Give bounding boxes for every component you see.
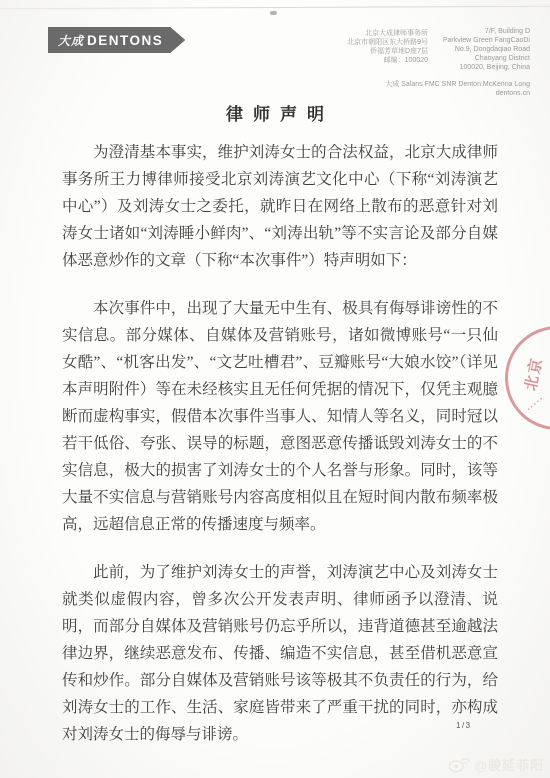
seal-text: 北京 — [519, 355, 547, 393]
document-page: 大成 DENTONS 北京大成律师事务所 北京市朝阳区东大桥路9号 侨福芳草地D… — [0, 0, 550, 778]
address-block-english: 7/F, Building D Parkview Green FangCaoDi… — [443, 27, 530, 72]
website-line: dentons.cn — [385, 89, 530, 98]
address-line: 北京大成律师事务所 — [347, 29, 428, 38]
weibo-watermark: @骏延菲阳 — [447, 754, 544, 774]
address-line: No.9, Dongdaqiao Road — [443, 45, 530, 54]
logo-cn-text: 大成 — [58, 32, 84, 49]
seal-dots: ••••• — [526, 395, 546, 413]
dentons-logo: 大成 DENTONS — [48, 27, 185, 53]
firm-affiliation: 大成 Salans FMC SNR Denton McKenna Long de… — [385, 80, 530, 98]
address-line: 邮编：100020 — [347, 56, 428, 65]
affiliation-line: 大成 Salans FMC SNR Denton McKenna Long — [385, 80, 530, 89]
address-block-chinese: 北京大成律师事务所 北京市朝阳区东大桥路9号 侨福芳草地D座7层 邮编：1000… — [347, 29, 428, 65]
weibo-icon — [447, 754, 471, 774]
logo-en-text: DENTONS — [87, 33, 163, 48]
statement-paragraph: 此前，为了维护刘涛女士的声誉，刘涛演艺中心及刘涛女士就类似虚假内容，曾多次公开发… — [62, 559, 498, 748]
statement-paragraph: 本次事件中，出现了大量无中生有、极具有侮辱诽谤性的不实信息。部分媒体、自媒体及营… — [62, 295, 498, 538]
address-line: 100020, Beijing, China — [443, 63, 530, 72]
address-line: 北京市朝阳区东大桥路9号 — [347, 38, 428, 47]
watermark-text: @骏延菲阳 — [474, 755, 544, 774]
address-line: Parkview Green FangCaoDi — [443, 36, 530, 45]
statement-body: 为澄清基本事实，维护刘涛女士的合法权益，北京大成律师事务所王力博律师接受北京刘涛… — [62, 139, 498, 769]
address-line: 侨福芳草地D座7层 — [347, 47, 428, 56]
paper-edge-line — [0, 6, 550, 9]
address-line: Chaoyang District — [443, 54, 530, 63]
page-number: 1/3 — [456, 721, 472, 730]
statement-paragraph: 为澄清基本事实，维护刘涛女士的合法权益，北京大成律师事务所王力博律师接受北京刘涛… — [62, 139, 498, 274]
photo-artifact-speck — [270, 11, 277, 15]
red-notary-seal: 北京 ••••• — [505, 326, 550, 430]
address-line: 7/F, Building D — [443, 27, 530, 36]
page-title: 律师声明 — [0, 100, 550, 125]
